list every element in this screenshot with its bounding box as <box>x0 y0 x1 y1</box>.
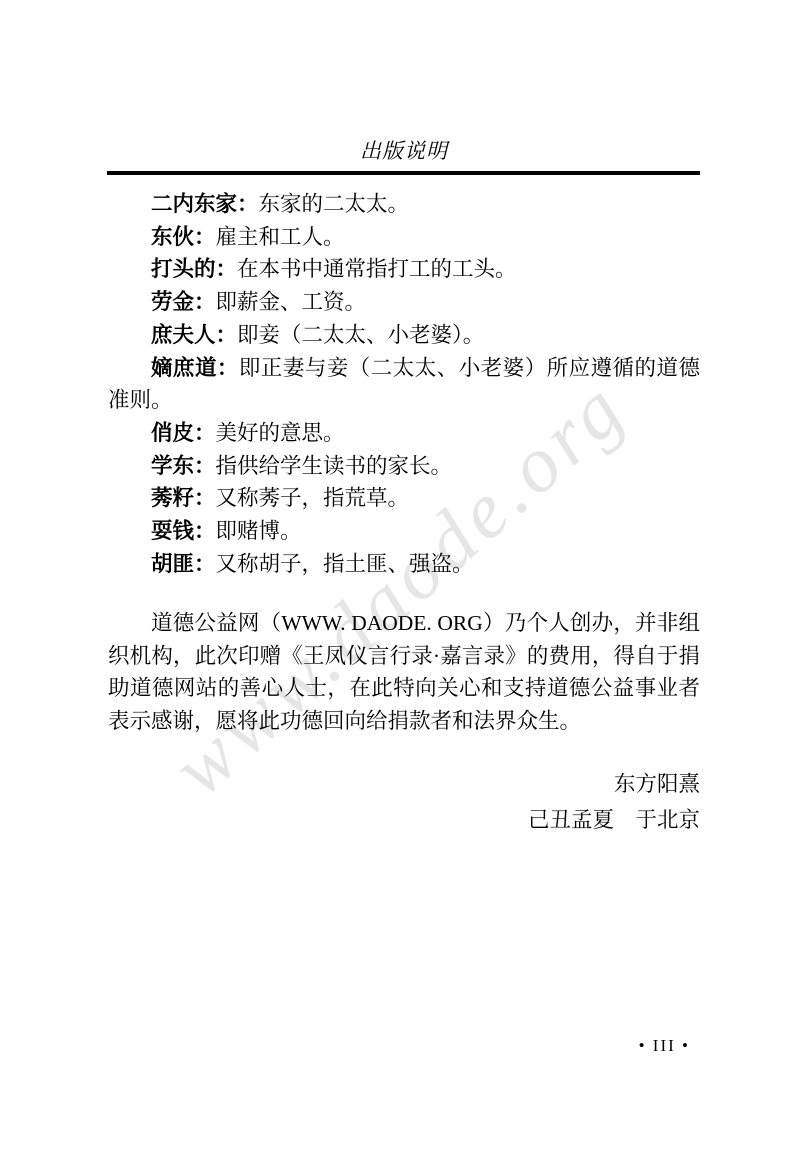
glossary-entry: 俏皮：美好的意思。 <box>108 417 700 450</box>
glossary-entry: 二内东家：东家的二太太。 <box>108 188 700 221</box>
glossary-definition: 美好的意思。 <box>216 421 345 445</box>
glossary-term: 学东： <box>151 454 216 478</box>
glossary-entry: 胡匪：又称胡子，指土匪、强盗。 <box>108 548 700 581</box>
glossary-term: 劳金： <box>151 290 216 314</box>
glossary-definition: 又称莠子，指荒草。 <box>216 486 410 510</box>
glossary-term: 嫡庶道： <box>151 356 239 380</box>
glossary-definition: 在本书中通常指打工的工头。 <box>237 257 517 281</box>
glossary-entry: 学东：指供给学生读书的家长。 <box>108 450 700 483</box>
glossary-definition: 即妾（二太太、小老婆）。 <box>237 323 484 347</box>
signature-date-place: 己丑孟夏 于北京 <box>108 802 700 838</box>
glossary-term: 打头的： <box>151 257 237 281</box>
acknowledgment-paragraph: 道德公益网（WWW. DAODE. ORG）乃个人创办，并非组织机构，此次印赠《… <box>108 607 700 738</box>
page-title: 出版说明 <box>108 135 700 165</box>
glossary-term: 俏皮： <box>151 421 216 445</box>
signature-name: 东方阳熹 <box>108 766 700 802</box>
glossary-entry: 耍钱：即赌博。 <box>108 515 700 548</box>
glossary-entry: 劳金：即薪金、工资。 <box>108 286 700 319</box>
glossary-term: 庶夫人： <box>151 323 237 347</box>
page-number: • III • <box>639 1036 690 1056</box>
glossary-term: 二内东家： <box>151 192 259 216</box>
book-page: www.daode.org 出版说明 二内东家：东家的二太太。东伙：雇主和工人。… <box>0 0 794 1149</box>
glossary-entry: 打头的：在本书中通常指打工的工头。 <box>108 253 700 286</box>
glossary-definition: 雇主和工人。 <box>216 225 345 249</box>
glossary-list: 二内东家：东家的二太太。东伙：雇主和工人。打头的：在本书中通常指打工的工头。劳金… <box>108 188 700 580</box>
glossary-term: 莠籽： <box>151 486 216 510</box>
glossary-entry: 嫡庶道：即正妻与妾（二太太、小老婆）所应遵循的道德准则。 <box>108 352 700 417</box>
glossary-definition: 即赌博。 <box>216 519 302 543</box>
glossary-entry: 庶夫人：即妾（二太太、小老婆）。 <box>108 319 700 352</box>
glossary-definition: 指供给学生读书的家长。 <box>216 454 453 478</box>
glossary-term: 胡匪： <box>151 552 216 576</box>
header-rule <box>107 171 700 175</box>
glossary-definition: 即薪金、工资。 <box>216 290 367 314</box>
glossary-entry: 莠籽：又称莠子，指荒草。 <box>108 482 700 515</box>
glossary-term: 耍钱： <box>151 519 216 543</box>
glossary-definition: 东家的二太太。 <box>259 192 410 216</box>
glossary-entry: 东伙：雇主和工人。 <box>108 221 700 254</box>
glossary-definition: 又称胡子，指土匪、强盗。 <box>216 552 474 576</box>
glossary-term: 东伙： <box>151 225 216 249</box>
signature-block: 东方阳熹 己丑孟夏 于北京 <box>108 766 700 838</box>
